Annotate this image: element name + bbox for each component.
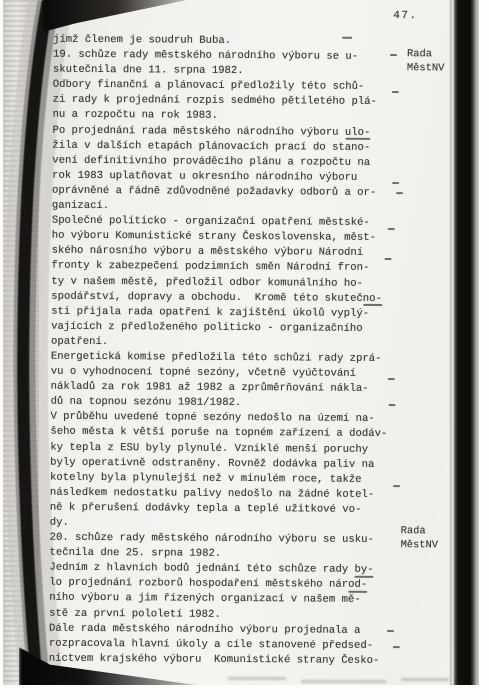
stray-mark xyxy=(388,378,395,380)
typewritten-line: fronty k zabezpečení podzimních směn Nár… xyxy=(51,259,388,276)
typewritten-text: jímž členem je soudruh Buba.19. schůze r… xyxy=(49,33,390,669)
stray-mark xyxy=(389,404,396,406)
typewritten-line: ně k přerušení dodávky tepla a teplé uži… xyxy=(50,501,387,518)
stray-mark xyxy=(348,591,367,593)
stray-mark xyxy=(393,646,400,648)
smudge-mark xyxy=(228,677,286,680)
typewritten-line: nu a rozpočtu na rok 1983. xyxy=(53,108,390,125)
stray-mark xyxy=(387,630,394,632)
smudge-mark xyxy=(401,678,449,681)
margin-note-line: MěstNV xyxy=(407,62,445,76)
smudge-mark xyxy=(301,680,386,683)
photo-area: 47. jímž členem je soudruh Buba.19. schů… xyxy=(3,0,479,685)
stray-mark xyxy=(392,182,399,184)
stray-mark xyxy=(393,485,400,487)
margin-note-line: Rada xyxy=(401,525,439,539)
stray-mark xyxy=(354,576,373,578)
stray-mark xyxy=(392,91,399,93)
margin-note-rada-mestnv-1: Rada MěstNV xyxy=(407,48,445,75)
stray-mark xyxy=(390,54,397,56)
page-number: 47. xyxy=(393,10,417,22)
ink-layer: 47. jímž členem je soudruh Buba.19. schů… xyxy=(3,0,479,685)
margin-note-line: Rada xyxy=(407,48,445,62)
margin-note-line: MěstNV xyxy=(401,539,439,553)
stray-mark xyxy=(388,228,395,230)
typewritten-line: ního výboru a jim řízených organizací v … xyxy=(49,591,386,608)
scanned-page: 47. jímž členem je soudruh Buba.19. schů… xyxy=(0,0,489,700)
typewritten-line: nictvem krajského výboru Komunistické st… xyxy=(49,652,386,669)
typewritten-line: ty v našem městě, předložil odbor komuná… xyxy=(51,274,388,291)
margin-note-rada-mestnv-2: Rada MěstNV xyxy=(401,525,439,552)
stray-mark xyxy=(363,304,382,306)
stray-mark xyxy=(396,192,403,194)
stray-mark xyxy=(385,258,392,260)
stray-mark xyxy=(342,37,352,39)
stray-typewriter-marks xyxy=(5,0,479,2)
typewritten-line: šeho města k větší poruše na topném zaří… xyxy=(50,425,387,442)
stray-mark xyxy=(345,138,370,140)
